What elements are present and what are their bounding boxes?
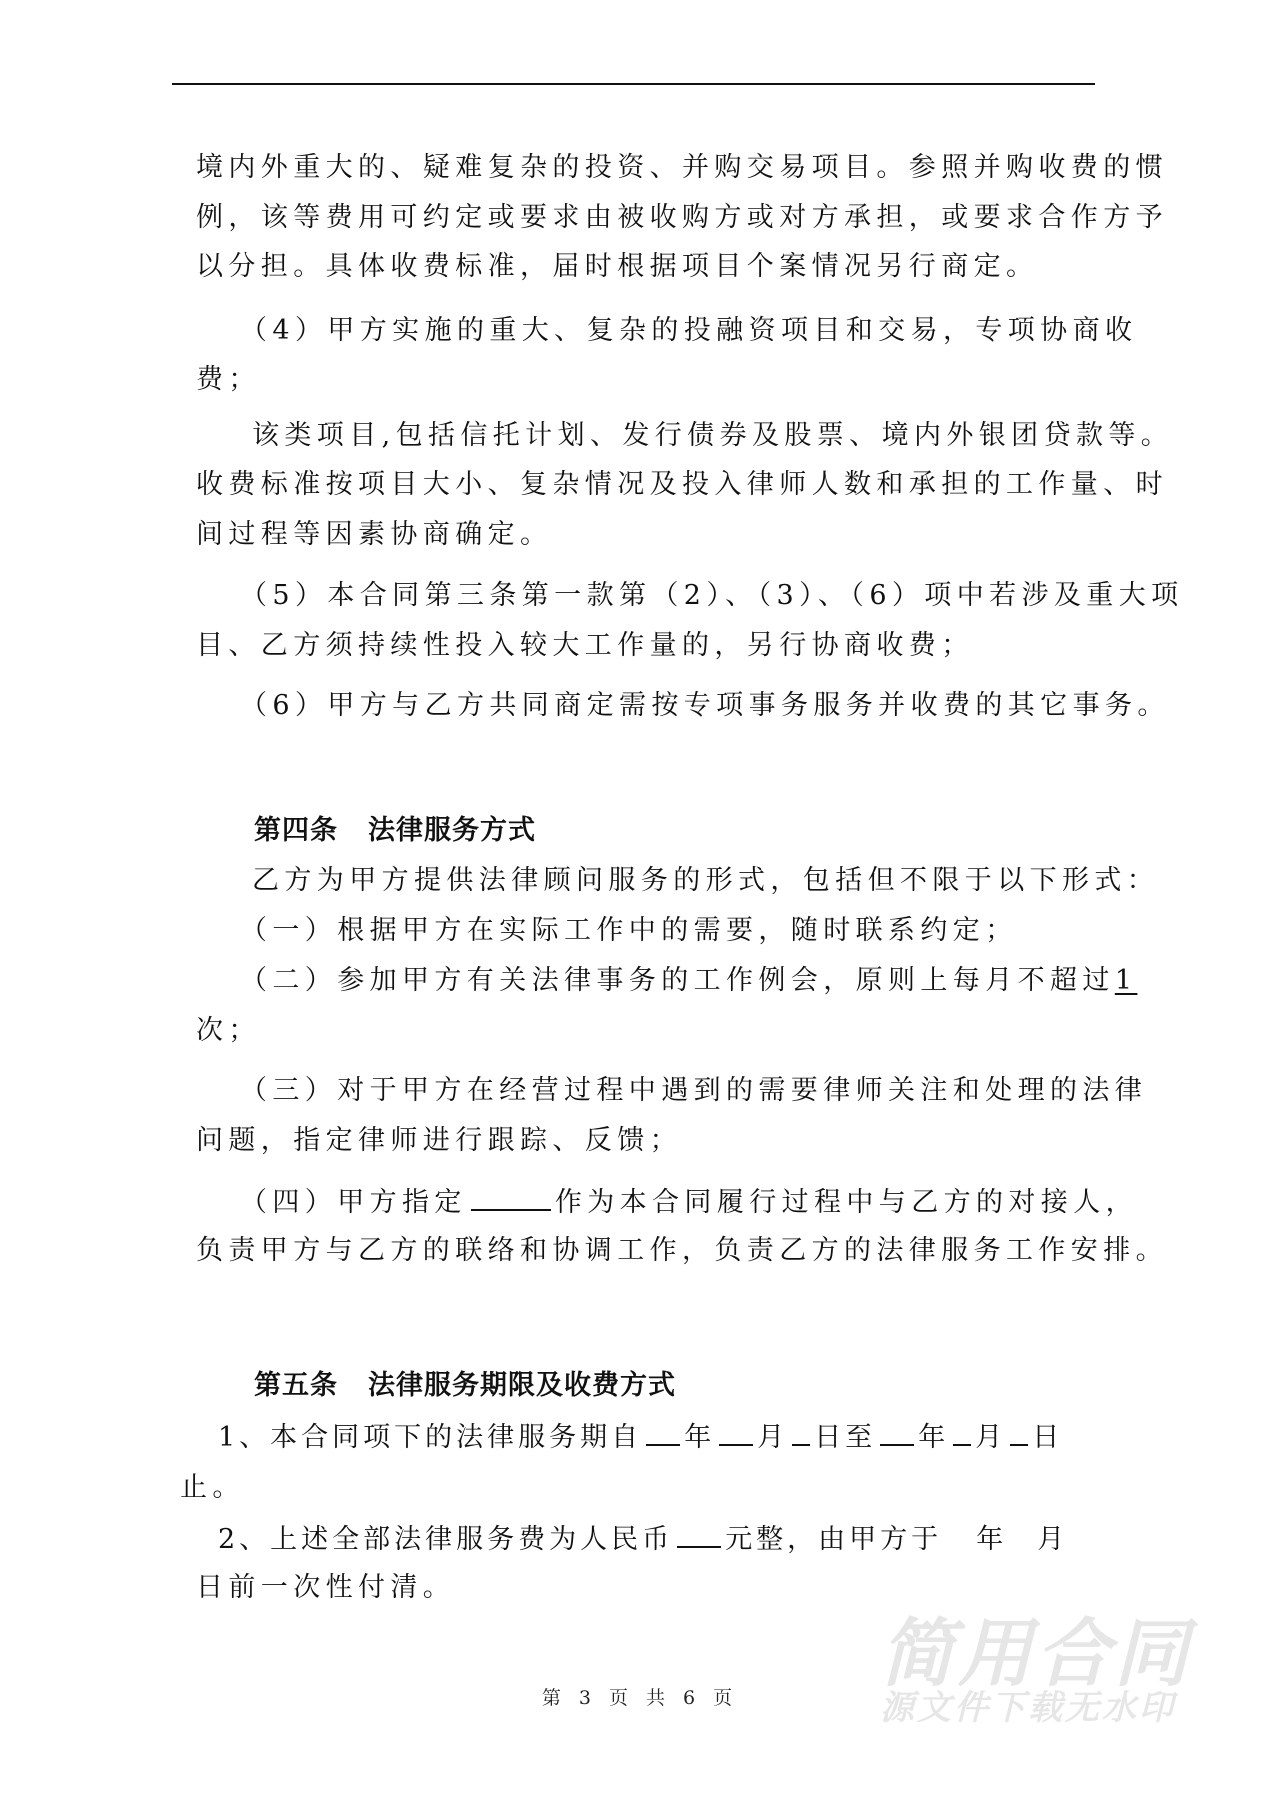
contact-person-blank[interactable] (471, 1183, 551, 1211)
clause-2-text: 2、上述全部法律服务费为人民币 (218, 1524, 673, 1555)
body-line: （5）本合同第三条第一款第（2）、（3）、（6）项中若涉及重大项 (240, 578, 1184, 614)
body-line: （4）甲方实施的重大、复杂的投融资项目和交易，专项协商收 (240, 313, 1137, 349)
meeting-count: 1 (1115, 965, 1138, 996)
article-5-number: 第五条 (254, 1370, 338, 1401)
clause-2-text-mid: 元整，由甲方于 (725, 1524, 942, 1555)
article-4-item-3: （三）对于甲方在经营过程中遇到的需要律师关注和处理的法律 (240, 1073, 1147, 1109)
article-4-number: 第四条 (254, 815, 338, 846)
article-5-clause-2: 2、上述全部法律服务费为人民币元整，由甲方于年月 (218, 1520, 1068, 1558)
article-4-heading: 第四条法律服务方式 (254, 813, 536, 849)
body-line: 间过程等因素协商确定。 (196, 517, 552, 553)
start-year-blank[interactable] (646, 1418, 680, 1446)
article-4-title: 法律服务方式 (368, 815, 536, 846)
body-line: 例，该等费用可约定或要求由被收购方或对方承担，或要求合作方予 (196, 200, 1168, 236)
end-year-blank[interactable] (880, 1418, 914, 1446)
end-month-blank[interactable] (953, 1418, 971, 1446)
start-day-blank[interactable] (792, 1418, 810, 1446)
article-5-clause-1-end: 止。 (180, 1470, 245, 1506)
article-4-item-2-end: 次； (196, 1013, 261, 1049)
body-line: （6）甲方与乙方共同商定需按专项事务服务并收费的其它事务。 (240, 688, 1170, 724)
article-4-item-2: （二）参加甲方有关法律事务的工作例会，原则上每月不超过1 (240, 963, 1137, 999)
body-line: 费； (196, 362, 261, 398)
month-label: 月 (757, 1422, 788, 1453)
body-line: 境内外重大的、疑难复杂的投资、并购交易项目。参照并购收费的惯 (196, 150, 1168, 186)
article-5-heading: 第五条法律服务期限及收费方式 (254, 1368, 676, 1404)
day-to-label: 日至 (814, 1422, 876, 1453)
article-5-clause-1: 1、本合同项下的法律服务期自年月日至年月日 (218, 1418, 1063, 1456)
item-4-text-cont: 作为本合同履行过程中与乙方的对接人， (555, 1187, 1138, 1218)
body-line: 该类项目,包括信托计划、发行债券及股票、境内外银团贷款等。 (252, 418, 1173, 454)
start-month-blank[interactable] (719, 1418, 753, 1446)
day-label: 日 (1032, 1422, 1063, 1453)
end-day-blank[interactable] (1010, 1418, 1028, 1446)
body-line: 目、乙方须持续性投入较大工作量的，另行协商收费； (196, 628, 974, 664)
article-5-title: 法律服务期限及收费方式 (368, 1370, 676, 1401)
year-label: 年 (976, 1524, 1007, 1555)
month-label: 月 (1037, 1524, 1068, 1555)
clause-1-text: 1、本合同项下的法律服务期自 (218, 1422, 642, 1453)
article-4-item-3-cont: 问题，指定律师进行跟踪、反馈； (196, 1123, 682, 1159)
article-5-clause-2-cont: 日前一次性付清。 (196, 1570, 455, 1606)
year-label: 年 (684, 1422, 715, 1453)
article-4-item-1: （一）根据甲方在实际工作中的需要，随时联系约定； (240, 913, 1018, 949)
item-4-text: （四）甲方指定 (240, 1187, 467, 1218)
article-4-item-4: （四）甲方指定作为本合同履行过程中与乙方的对接人， (240, 1183, 1138, 1221)
body-line: 以分担。具体收费标准，届时根据项目个案情况另行商定。 (196, 249, 1038, 285)
fee-amount-blank[interactable] (677, 1520, 721, 1548)
page-number: 第 3 页 共 6 页 (0, 1683, 1280, 1710)
article-4-item-4-cont: 负责甲方与乙方的联络和协调工作，负责乙方的法律服务工作安排。 (196, 1233, 1168, 1269)
month-label: 月 (975, 1422, 1006, 1453)
article-4-intro: 乙方为甲方提供法律顾问服务的形式，包括但不限于以下形式： (252, 863, 1159, 899)
year-label: 年 (918, 1422, 949, 1453)
document-page: 境内外重大的、疑难复杂的投资、并购交易项目。参照并购收费的惯 例，该等费用可约定… (0, 0, 1280, 1810)
item-2-text: （二）参加甲方有关法律事务的工作例会，原则上每月不超过 (240, 965, 1115, 996)
header-rule (172, 83, 1095, 85)
body-line: 收费标准按项目大小、复杂情况及投入律师人数和承担的工作量、时 (196, 467, 1168, 503)
